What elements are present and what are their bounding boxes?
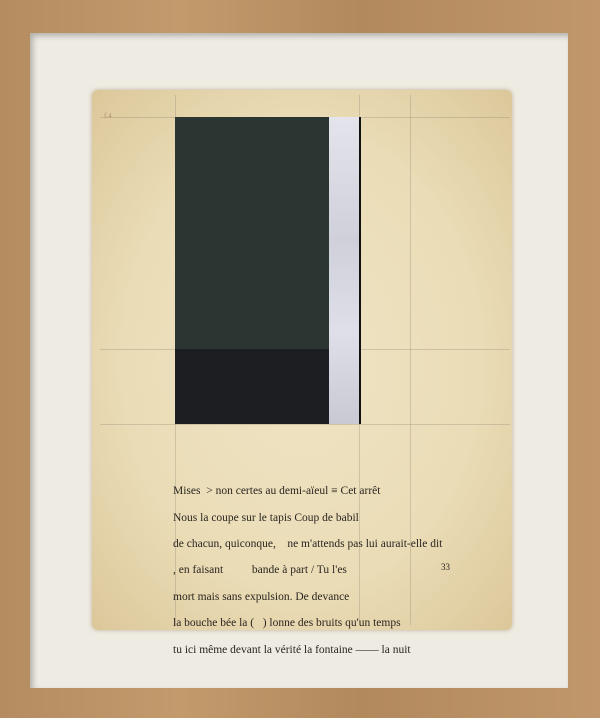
silver-painted-strip [329, 117, 361, 424]
poem-line: mort mais sans expulsion. De devance [173, 591, 442, 604]
poem-line: la bouche bée la ( ) lonne des bruits qu… [173, 617, 442, 630]
page-number: 33 [441, 562, 450, 572]
green-painted-block [175, 117, 329, 349]
pencil-guideline [100, 424, 510, 425]
poem-line: Nous la coupe sur le tapis Coup de babil [173, 512, 442, 525]
dark-painted-block [175, 349, 329, 424]
poem-line: de chacun, quiconque, ne m'attends pas l… [173, 538, 442, 551]
poem-line: Mises > non certes au demi-aïeul ≡ Cet a… [173, 485, 442, 498]
poem-line: , en faisant bande à part / Tu l'es [173, 564, 442, 577]
poem-text: Mises > non certes au demi-aïeul ≡ Cet a… [173, 472, 442, 670]
poem-line: tu ici même devant la vérité la fontaine… [173, 644, 442, 657]
pencil-mark: f.4 [104, 112, 112, 120]
